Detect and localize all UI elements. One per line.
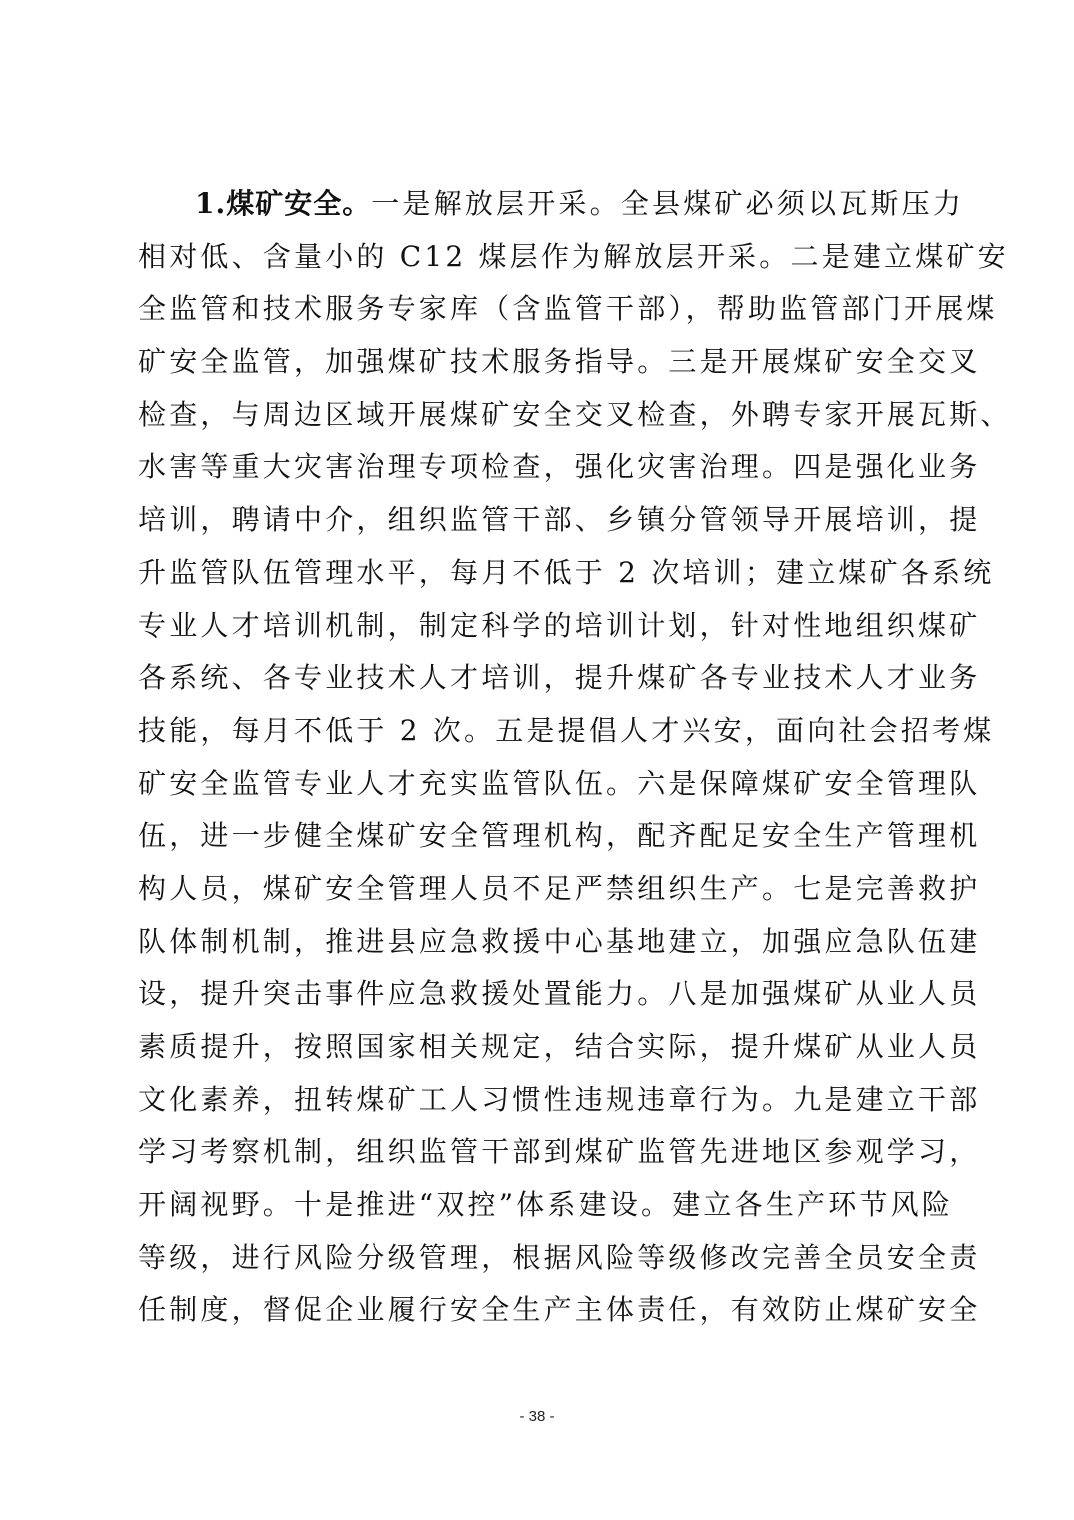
paragraph-line: 伍，进一步健全煤矿安全管理机构，配齐配足安全生产管理机 — [138, 810, 936, 863]
paragraph-line: 相对低、含量小的 C12 煤层作为解放层开采。二是建立煤矿安 — [138, 231, 936, 284]
paragraph-line: 各系统、各专业技术人才培训，提升煤矿各专业技术人才业务 — [138, 652, 936, 705]
document-page: 1.煤矿安全。一是解放层开采。全县煤矿必须以瓦斯压力 相对低、含量小的 C12 … — [0, 0, 1074, 1520]
paragraph-line: 素质提升，按照国家相关规定，结合实际，提升煤矿从业人员 — [138, 1021, 936, 1074]
paragraph-line: 检查，与周边区域开展煤矿安全交叉检查，外聘专家开展瓦斯、 — [138, 389, 936, 442]
paragraph-line: 技能，每月不低于 2 次。五是提倡人才兴安，面向社会招考煤 — [138, 705, 936, 758]
paragraph-line: 全监管和技术服务专家库（含监管干部），帮助监管部门开展煤 — [138, 283, 936, 336]
paragraph-line: 构人员，煤矿安全管理人员不足严禁组织生产。七是完善救护 — [138, 863, 936, 916]
paragraph-line: 培训，聘请中介，组织监管干部、乡镇分管领导开展培训，提 — [138, 494, 936, 547]
paragraph-line: 任制度，督促企业履行安全生产主体责任，有效防止煤矿安全 — [138, 1284, 936, 1337]
paragraph-line: 队体制机制，推进县应急救援中心基地建立，加强应急队伍建 — [138, 916, 936, 969]
paragraph-line: 开阔视野。十是推进“双控”体系建设。建立各生产环节风险 — [138, 1179, 936, 1232]
paragraph-line: 文化素养，扭转煤矿工人习惯性违规违章行为。九是建立干部 — [138, 1074, 936, 1127]
paragraph-line: 专业人才培训机制，制定科学的培训计划，针对性地组织煤矿 — [138, 600, 936, 653]
paragraph-line: 矿安全监管，加强煤矿技术服务指导。三是开展煤矿安全交叉 — [138, 336, 936, 389]
paragraph-line: 等级，进行风险分级管理，根据风险等级修改完善全员安全责 — [138, 1232, 936, 1285]
paragraph-line: 设，提升突击事件应急救援处置能力。八是加强煤矿从业人员 — [138, 968, 936, 1021]
body-paragraph: 1.煤矿安全。一是解放层开采。全县煤矿必须以瓦斯压力 相对低、含量小的 C12 … — [138, 178, 936, 1337]
paragraph-line: 学习考察机制，组织监管干部到煤矿监管先进地区参观学习， — [138, 1126, 936, 1179]
line-text: 一是解放层开采。全县煤矿必须以瓦斯压力 — [371, 187, 964, 220]
paragraph-line: 矿安全监管专业人才充实监管队伍。六是保障煤矿安全管理队 — [138, 758, 936, 811]
paragraph-line: 水害等重大灾害治理专项检查，强化灾害治理。四是强化业务 — [138, 441, 936, 494]
page-number: - 38 - — [0, 1408, 1074, 1425]
paragraph-line-1: 1.煤矿安全。一是解放层开采。全县煤矿必须以瓦斯压力 — [138, 178, 936, 231]
section-heading: 1.煤矿安全。 — [195, 187, 371, 220]
paragraph-line: 升监管队伍管理水平，每月不低于 2 次培训；建立煤矿各系统 — [138, 547, 936, 600]
